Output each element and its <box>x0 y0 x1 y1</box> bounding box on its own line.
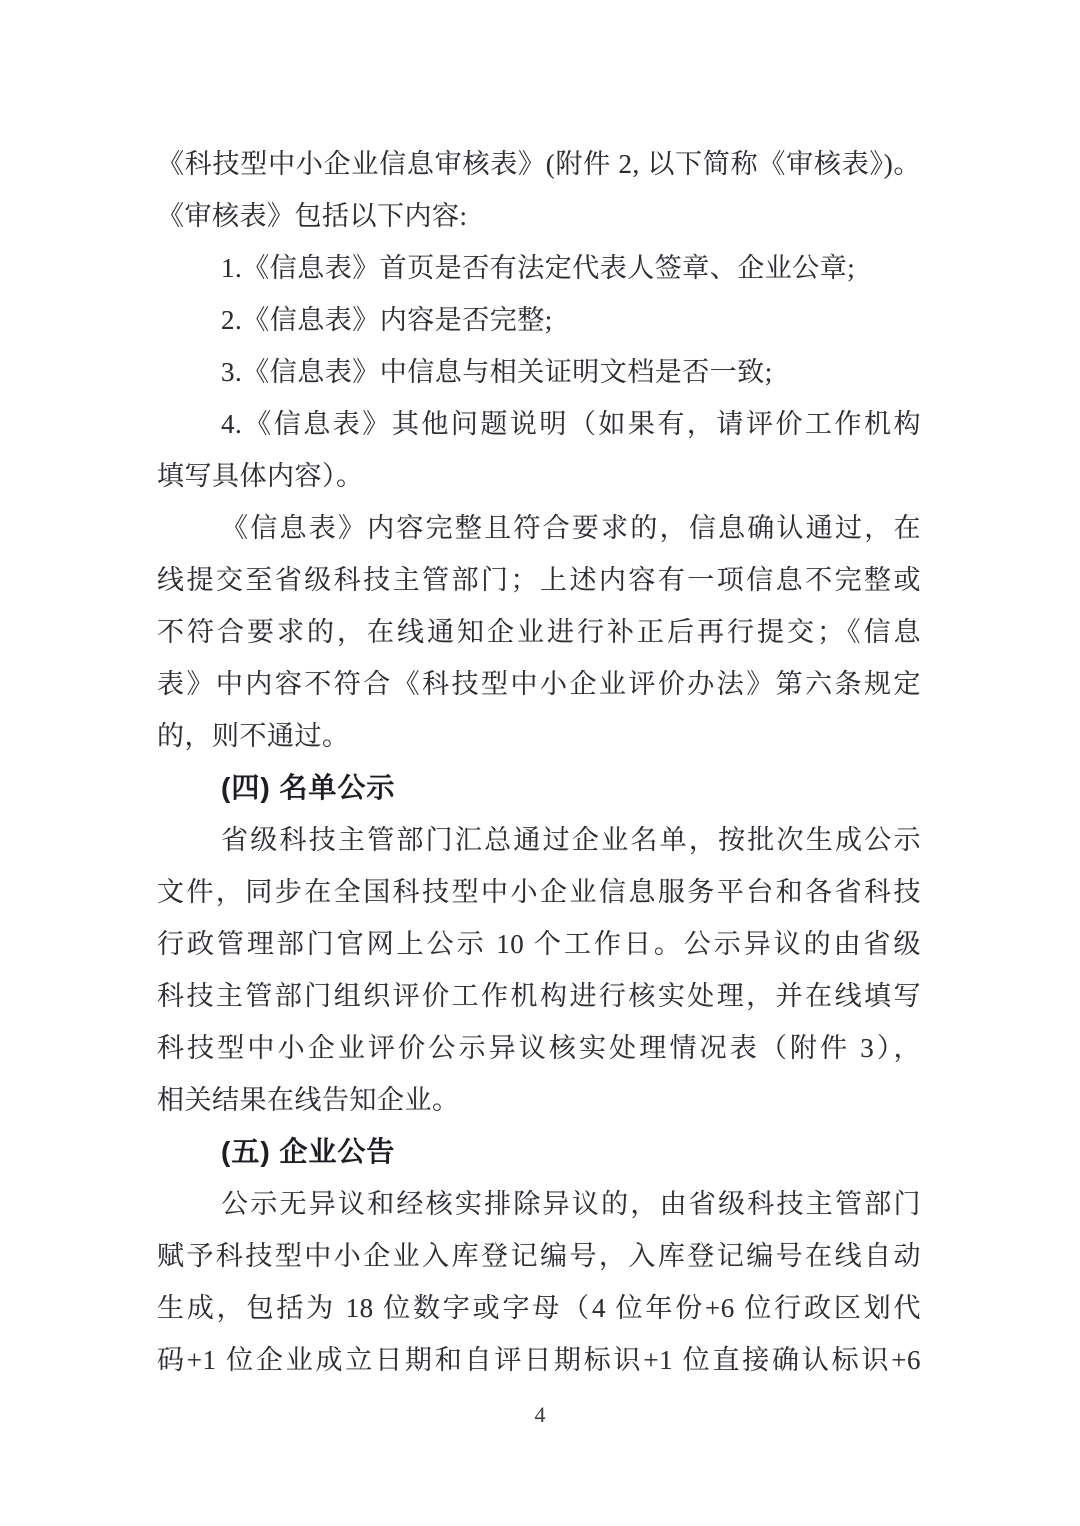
text-line: 省级科技主管部门汇总通过企业名单，按批次生成公示 <box>157 814 921 866</box>
section-heading: (五) 企业公告 <box>157 1126 921 1178</box>
text-line: 线提交至省级科技主管部门；上述内容有一项信息不完整或 <box>157 554 921 606</box>
page-number: 4 <box>0 1400 1080 1430</box>
text-block: 《科技型中小企业信息审核表》(附件 2, 以下简称《审核表》)。《审核表》包括以… <box>157 138 921 1386</box>
text-line: 公示无异议和经核实排除异议的，由省级科技主管部门 <box>157 1178 921 1230</box>
text-line: 不符合要求的，在线通知企业进行补正后再行提交；《信息 <box>157 606 921 658</box>
text-line: 《信息表》内容完整且符合要求的，信息确认通过，在 <box>157 502 921 554</box>
text-line: 表》中内容不符合《科技型中小企业评价办法》第六条规定 <box>157 658 921 710</box>
text-line: 赋予科技型中小企业入库登记编号，入库登记编号在线自动 <box>157 1230 921 1282</box>
text-line: 科技型中小企业评价公示异议核实处理情况表（附件 3）， <box>157 1022 921 1074</box>
text-line: 行政管理部门官网上公示 10 个工作日。公示异议的由省级 <box>157 918 921 970</box>
text-line: 《科技型中小企业信息审核表》(附件 2, 以下简称《审核表》)。 <box>157 138 921 190</box>
text-line: 《审核表》包括以下内容: <box>157 190 921 242</box>
text-line: 2.《信息表》内容是否完整; <box>157 294 921 346</box>
document-page: 《科技型中小企业信息审核表》(附件 2, 以下简称《审核表》)。《审核表》包括以… <box>0 0 1080 1526</box>
text-line: 3.《信息表》中信息与相关证明文档是否一致; <box>157 346 921 398</box>
text-line: 生成，包括为 18 位数字或字母（4 位年份+6 位行政区划代 <box>157 1282 921 1334</box>
text-line: 文件，同步在全国科技型中小企业信息服务平台和各省科技 <box>157 866 921 918</box>
text-line: 填写具体内容）。 <box>157 450 921 502</box>
section-heading: (四) 名单公示 <box>157 762 921 814</box>
text-line: 相关结果在线告知企业。 <box>157 1074 921 1126</box>
text-line: 的，则不通过。 <box>157 710 921 762</box>
text-line: 科技主管部门组织评价工作机构进行核实处理，并在线填写 <box>157 970 921 1022</box>
text-line: 码+1 位企业成立日期和自评日期标识+1 位直接确认标识+6 <box>157 1334 921 1386</box>
text-line: 1.《信息表》首页是否有法定代表人签章、企业公章; <box>157 242 921 294</box>
text-line: 4.《信息表》其他问题说明（如果有，请评价工作机构 <box>157 398 921 450</box>
